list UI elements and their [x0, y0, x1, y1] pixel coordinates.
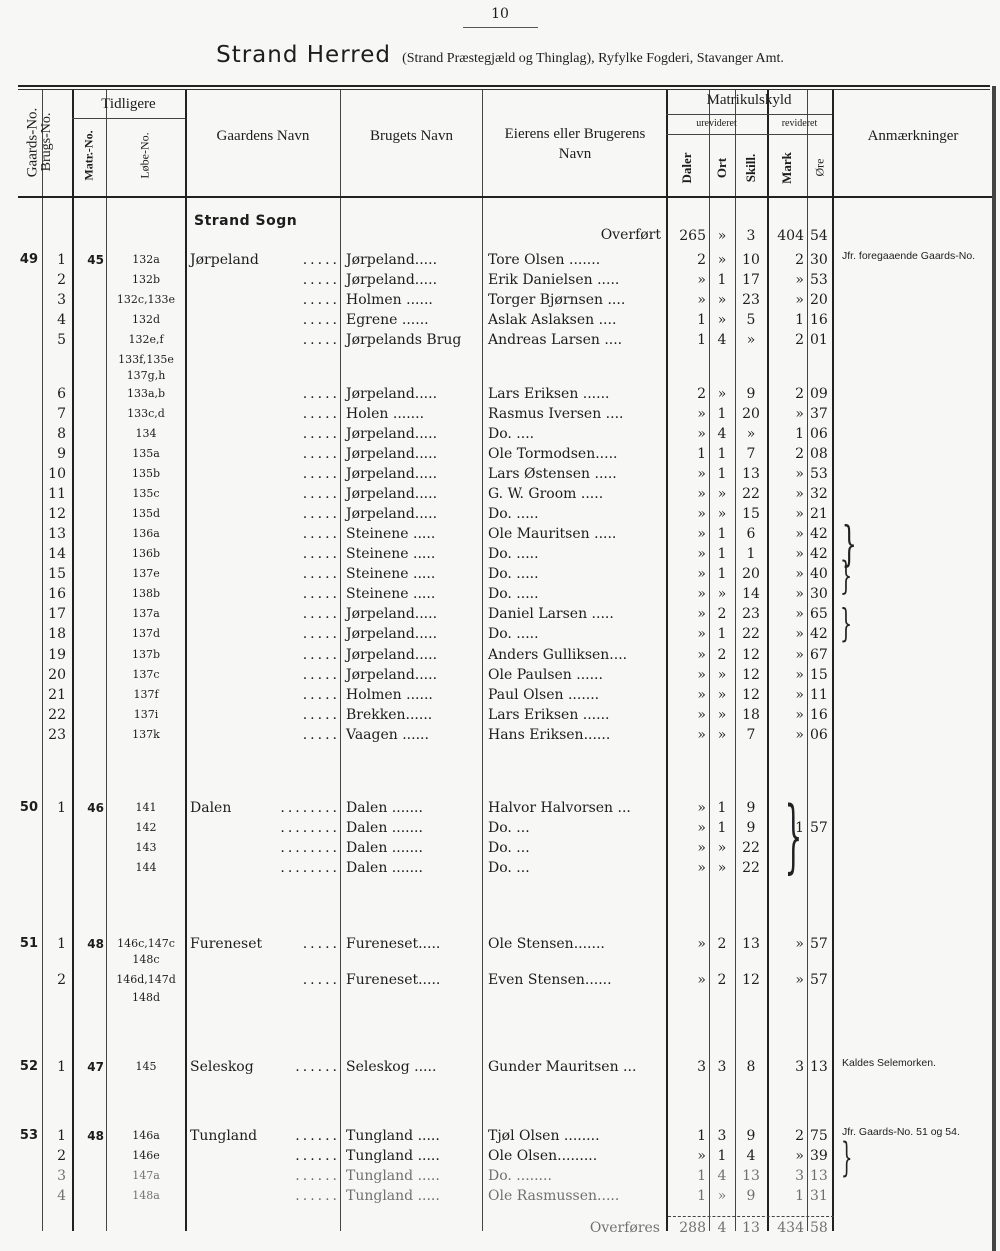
cell-skill: 6 [737, 524, 765, 544]
cell-skill: 18 [737, 705, 765, 725]
leader-dots: ..... [270, 504, 340, 524]
cell-eier: Anders Gulliksen.... [488, 645, 663, 665]
cell-brug: 4 [44, 1186, 66, 1206]
top-rule [18, 85, 990, 87]
cell-brug: 23 [44, 725, 66, 745]
cell-bnavn: Brekken...... [346, 705, 481, 725]
table-row: 9135aJørpeland.....Ole Tormodsen.....117… [0, 444, 1000, 464]
cell-bnavn: Steinene ..... [346, 564, 481, 584]
cell-skill: » [737, 330, 765, 350]
cell-skill: 1 [737, 544, 765, 564]
cell-ort: » [712, 858, 732, 878]
cell-eier: Do. ..... [488, 504, 663, 524]
leader-dots: ..... [270, 725, 340, 745]
cell-lobe: 134 [108, 424, 184, 444]
cell-brug: 4 [44, 310, 66, 330]
table-row: 6133a,bJørpeland.....Lars Eriksen ......… [0, 384, 1000, 404]
cell-mark: » [770, 604, 804, 624]
cell-ore: 53 [810, 270, 832, 290]
header-eierens-navn: Eierens eller Brugerens Navn [490, 124, 660, 164]
cell-daler: » [668, 270, 706, 290]
cell-skill: 14 [737, 584, 765, 604]
cell-ore: 16 [810, 705, 832, 725]
cell-ore: 42 [810, 544, 832, 564]
cell-bnavn: Tungland ..... [346, 1126, 481, 1146]
brace-icon: } [840, 604, 852, 642]
cell-mark: » [770, 404, 804, 424]
leader-dots: ..... [270, 685, 340, 705]
cell-bnavn: Holmen ...... [346, 290, 481, 310]
cell-ort: 1 [712, 564, 732, 584]
cell-bnavn: Holmen ...... [346, 685, 481, 705]
cell-mark: 2 [770, 1126, 804, 1146]
cell-eier: Ole Mauritsen ..... [488, 524, 663, 544]
cell-eier: Hans Eriksen...... [488, 725, 663, 745]
cell-mark: » [770, 725, 804, 745]
cell-ort: » [712, 685, 732, 705]
cell-eier: Do. ..... [488, 624, 663, 644]
cell-anm: Jfr. Gaards-No. 51 og 54. [842, 1126, 992, 1138]
cell-ort: 1 [712, 464, 732, 484]
leader-dots: ..... [270, 444, 340, 464]
cell-ort: » [712, 504, 732, 524]
cell-bnavn: Dalen ....... [346, 838, 481, 858]
table-row: 8134Jørpeland..... Do. ....»4»106..... [0, 424, 1000, 444]
carried-out-mark: 434 [770, 1218, 804, 1238]
cell-skill: 9 [737, 818, 765, 838]
cell-ore: 09 [810, 384, 832, 404]
cell-skill: 4 [737, 1146, 765, 1166]
carried-in-row: 265 » 3 404 54 [0, 226, 1000, 246]
cell-daler: » [668, 685, 706, 705]
cell-daler: » [668, 524, 706, 544]
table-row: 23137kVaagen ......Hans Eriksen......»»7… [0, 725, 1000, 745]
cell-brug: 13 [44, 524, 66, 544]
leader-dots: ..... [270, 384, 340, 404]
cell-gaard: 49 [14, 250, 38, 270]
cell-ore: 13 [810, 1057, 832, 1077]
cell-lobe: 135b [108, 464, 184, 484]
page-title: Strand Herred (Strand Præstegjæld og Thi… [0, 42, 1000, 68]
table-row: 2146d,147dFureneset.....Even Stensen....… [0, 970, 1000, 990]
cell-anm: Jfr. foregaaende Gaards-No. [842, 250, 992, 262]
cell-mark: 2 [770, 250, 804, 270]
cell-lobe: 148a [108, 1186, 184, 1206]
cell-daler: » [668, 705, 706, 725]
cell-eier: Ole Tormodsen..... [488, 444, 663, 464]
leader-dots: ...... [270, 1146, 340, 1166]
cell-lobe: 142 [108, 818, 184, 838]
cell-ort: 4 [712, 424, 732, 444]
cell-bnavn: Tungland ..... [346, 1146, 481, 1166]
cell-lobe: 137b [108, 645, 184, 665]
carried-in-ore: 54 [810, 226, 832, 246]
cell-mark: » [770, 564, 804, 584]
header-ore: Øre [813, 138, 828, 198]
cell-skill: 20 [737, 564, 765, 584]
table-row: 50146141DalenDalen .......Halvor Halvors… [0, 798, 1000, 818]
cell-ort: 1 [712, 404, 732, 424]
cell-matr: 47 [76, 1057, 104, 1077]
cell-lobe: 137c [108, 665, 184, 685]
cell-ort: » [712, 310, 732, 330]
cell-mark: » [770, 645, 804, 665]
table-row: 19137bJørpeland.....Anders Gulliksen....… [0, 645, 1000, 665]
cell-bnavn: Steinene ..... [346, 544, 481, 564]
table-row: 7133c,dHolen .......Rasmus Iversen ....»… [0, 404, 1000, 424]
cell-bnavn: Holen ....... [346, 404, 481, 424]
cell-lobe: 132e,f [108, 330, 184, 350]
cell-daler: 1 [668, 1186, 706, 1206]
cell-ore: 08 [810, 444, 832, 464]
cell-mark: » [770, 464, 804, 484]
cell-ort: » [712, 584, 732, 604]
carried-in-daler: 265 [668, 226, 706, 246]
brace-icon: } [840, 560, 852, 598]
cell-skill: 22 [737, 624, 765, 644]
leader-dots: ..... [270, 404, 340, 424]
cell-ore: 30 [810, 584, 832, 604]
leader-dots: ...... [270, 1126, 340, 1146]
cell-ort: » [712, 725, 732, 745]
cell-daler: » [668, 604, 706, 624]
cell-brug: 1 [44, 798, 66, 818]
cell-lobe: 135d [108, 504, 184, 524]
cell-skill: 17 [737, 270, 765, 290]
cell-ore: 21 [810, 504, 832, 524]
cell-ore: 20 [810, 290, 832, 310]
cell-eier: Lars Østensen ..... [488, 464, 663, 484]
table-row: 4132dEgrene ......Aslak Aslaksen ....1»5… [0, 310, 1000, 330]
cell-ort: 3 [712, 1057, 732, 1077]
cell-ort: 2 [712, 604, 732, 624]
table-row: 148d [0, 988, 1000, 1008]
cell-mark: » [770, 290, 804, 310]
cell-eier: Do. ..... [488, 544, 663, 564]
cell-brug: 2 [44, 970, 66, 990]
cell-brug: 7 [44, 404, 66, 424]
cell-ort: 2 [712, 970, 732, 990]
header-brugets-navn: Brugets Navn [341, 128, 482, 145]
cell-ort: » [712, 665, 732, 685]
cell-daler: 1 [668, 444, 706, 464]
cell-lobe: 137k [108, 725, 184, 745]
cell-bnavn: Jørpeland..... [346, 624, 481, 644]
cell-daler: » [668, 484, 706, 504]
cell-eier: Halvor Halvorsen ... [488, 798, 663, 818]
cell-bnavn: Tungland ..... [346, 1166, 481, 1186]
cell-ore: 32 [810, 484, 832, 504]
cell-brug: 1 [44, 250, 66, 270]
cell-ort: 1 [712, 818, 732, 838]
cell-skill: 9 [737, 798, 765, 818]
cell-daler: » [668, 838, 706, 858]
table-row: 52147145SeleskogSeleskog .....Gunder Mau… [0, 1057, 1000, 1077]
cell-ort: 2 [712, 645, 732, 665]
cell-brug: 15 [44, 564, 66, 584]
cell-ore: 06 [810, 725, 832, 745]
cell-ore: 31 [810, 1186, 832, 1206]
header-revideret: revideret [767, 118, 832, 129]
cell-bnavn: Jørpeland..... [346, 484, 481, 504]
tidligere-rule [72, 118, 185, 119]
cell-daler: » [668, 404, 706, 424]
cell-mark: 1 [770, 424, 804, 444]
table-row: 3132c,133eHolmen ......Torger Bjørnsen .… [0, 290, 1000, 310]
cell-bnavn: Tungland ..... [346, 1186, 481, 1206]
sum-rule [668, 1216, 834, 1217]
leader-dots: ........ [270, 838, 340, 858]
leader-dots: ..... [270, 484, 340, 504]
cell-eier: Do. ..... [488, 564, 663, 584]
header-matr-no: Matr.-No. [82, 126, 97, 186]
table-row: 21137fHolmen ......Paul Olsen .......»»1… [0, 685, 1000, 705]
leader-dots: ..... [270, 464, 340, 484]
cell-eier: Lars Eriksen ...... [488, 705, 663, 725]
cell-bnavn: Jørpeland..... [346, 504, 481, 524]
cell-mark: » [770, 970, 804, 990]
cell-ort: 1 [712, 798, 732, 818]
cell-eier: Lars Eriksen ...... [488, 384, 663, 404]
cell-eier: Even Stensen...... [488, 970, 663, 990]
cell-eier: Tore Olsen ....... [488, 250, 663, 270]
cell-ore: 06 [810, 424, 832, 444]
cell-lobe: 143 [108, 838, 184, 858]
cell-skill: 8 [737, 1057, 765, 1077]
cell-skill: 22 [737, 484, 765, 504]
cell-mark: » [770, 524, 804, 544]
cell-mark: 3 [770, 1166, 804, 1186]
cell-ort: » [712, 1186, 732, 1206]
cell-mark: » [770, 705, 804, 725]
cell-lobe: 137i [108, 705, 184, 725]
leader-dots: ..... [270, 604, 340, 624]
cell-skill: 7 [737, 725, 765, 745]
table-row: 143Dalen ....... Do. ...»»22........ [0, 838, 1000, 858]
cell-brug: 18 [44, 624, 66, 644]
cell-bnavn: Steinene ..... [346, 584, 481, 604]
cell-skill: 12 [737, 685, 765, 705]
cell-skill: 22 [737, 858, 765, 878]
cell-bnavn: Jørpeland..... [346, 424, 481, 444]
cell-daler: 1 [668, 1166, 706, 1186]
cell-ore: 37 [810, 404, 832, 424]
cell-daler: » [668, 725, 706, 745]
leader-dots: ........ [270, 798, 340, 818]
cell-ore: 01 [810, 330, 832, 350]
cell-lobe: 148d [108, 988, 184, 1008]
leader-dots: ........ [270, 818, 340, 838]
cell-brug: 1 [44, 1126, 66, 1146]
cell-skill: » [737, 424, 765, 444]
cell-brug: 17 [44, 604, 66, 624]
carried-out-label: Overføres [488, 1218, 660, 1238]
cell-eier: Tjøl Olsen ........ [488, 1126, 663, 1146]
cell-skill: 7 [737, 444, 765, 464]
cell-brug: 2 [44, 1146, 66, 1166]
cell-lobe: 146a [108, 1126, 184, 1146]
cell-skill: 15 [737, 504, 765, 524]
cell-ore: 15 [810, 665, 832, 685]
cell-daler: » [668, 818, 706, 838]
cell-brug: 21 [44, 685, 66, 705]
cell-eier: Rasmus Iversen .... [488, 404, 663, 424]
cell-anm: Kaldes Selemorken. [842, 1057, 992, 1069]
header-urevideret: urevideret [666, 118, 767, 129]
cell-lobe: 148c [108, 950, 184, 970]
cell-eier: Ole Olsen......... [488, 1146, 663, 1166]
header-gaardens-navn: Gaardens Navn [186, 128, 340, 145]
cell-skill: 12 [737, 645, 765, 665]
cell-daler: » [668, 584, 706, 604]
carried-out-ore: 58 [810, 1218, 832, 1238]
cell-mark: » [770, 624, 804, 644]
cell-daler: 1 [668, 310, 706, 330]
header-anmaerkninger: Anmærkninger [833, 128, 993, 145]
leader-dots: ..... [270, 270, 340, 290]
cell-bnavn: Steinene ..... [346, 524, 481, 544]
cell-ort: » [712, 705, 732, 725]
cell-skill: 23 [737, 290, 765, 310]
cell-ort: » [712, 384, 732, 404]
brace-icon: } [841, 1138, 852, 1178]
cell-ort: 1 [712, 524, 732, 544]
cell-bnavn: Dalen ....... [346, 818, 481, 838]
cell-lobe: 132a [108, 250, 184, 270]
cell-bnavn: Vaagen ...... [346, 725, 481, 745]
cell-brug: 14 [44, 544, 66, 564]
cell-lobe: 144 [108, 858, 184, 878]
cell-skill: 9 [737, 1186, 765, 1206]
cell-bnavn: Fureneset..... [346, 970, 481, 990]
cell-daler: » [668, 970, 706, 990]
leader-dots: ..... [270, 584, 340, 604]
cell-lobe: 137g,h [108, 366, 184, 386]
leader-dots: ...... [270, 1186, 340, 1206]
cell-daler: » [668, 798, 706, 818]
cell-ore: 42 [810, 524, 832, 544]
cell-daler: » [668, 624, 706, 644]
cell-lobe: 132d [108, 310, 184, 330]
cell-mark: 2 [770, 384, 804, 404]
cell-ort: » [712, 250, 732, 270]
leader-dots: ........ [270, 858, 340, 878]
cell-bnavn: Jørpeland..... [346, 270, 481, 290]
cell-skill: 10 [737, 250, 765, 270]
cell-ore: 57 [810, 818, 832, 838]
cell-brug: 5 [44, 330, 66, 350]
carried-out-row: Overføres 288 4 13 434 58 [0, 1218, 1000, 1238]
cell-bnavn: Jørpeland..... [346, 250, 481, 270]
cell-ort: 1 [712, 544, 732, 564]
cell-lobe: 146d,147d [108, 970, 184, 990]
cell-skill: 13 [737, 1166, 765, 1186]
cell-daler: » [668, 1146, 706, 1166]
cell-matr: 48 [76, 1126, 104, 1146]
cell-ore: 40 [810, 564, 832, 584]
cell-skill: 12 [737, 970, 765, 990]
cell-bnavn: Dalen ....... [346, 798, 481, 818]
leader-dots: ..... [270, 424, 340, 444]
cell-ore: 65 [810, 604, 832, 624]
cell-ore: 67 [810, 645, 832, 665]
table-row: 5132e,fJørpelands BrugAndreas Larsen ...… [0, 330, 1000, 350]
table-row: 11135cJørpeland.....G. W. Groom .....»»2… [0, 484, 1000, 504]
cell-eier: Erik Danielsen ..... [488, 270, 663, 290]
leader-dots: ..... [270, 645, 340, 665]
cell-lobe: 135a [108, 444, 184, 464]
cell-brug: 11 [44, 484, 66, 504]
cell-daler: 2 [668, 250, 706, 270]
cell-ore: 42 [810, 624, 832, 644]
cell-daler: » [668, 858, 706, 878]
cell-eier: Ole Paulsen ...... [488, 665, 663, 685]
carried-in-mark: 404 [770, 226, 804, 246]
top-rule-thin [18, 89, 990, 90]
cell-eier: Do. .... [488, 424, 663, 444]
cell-lobe: 132c,133e [108, 290, 184, 310]
cell-ort: 1 [712, 270, 732, 290]
matrikulskyld-rule [666, 114, 832, 115]
cell-eier: Do. ... [488, 838, 663, 858]
leader-dots: ..... [270, 544, 340, 564]
cell-bnavn: Jørpeland..... [346, 444, 481, 464]
title-main: Strand Herred [216, 42, 391, 68]
cell-skill: 22 [737, 838, 765, 858]
leader-dots: ..... [270, 665, 340, 685]
cell-ore: 16 [810, 310, 832, 330]
cell-eier: Andreas Larsen .... [488, 330, 663, 350]
cell-ore: 57 [810, 970, 832, 990]
table-row: 49145132aJørpelandJørpeland.....Tore Ols… [0, 250, 1000, 270]
cell-lobe: 147a [108, 1166, 184, 1186]
cell-mark: » [770, 484, 804, 504]
cell-bnavn: Jørpeland..... [346, 464, 481, 484]
header-lobe-no: Løbe-No. [138, 126, 153, 186]
cell-mark: » [770, 685, 804, 705]
cell-daler: » [668, 544, 706, 564]
leader-dots: ...... [270, 1166, 340, 1186]
carried-out-daler: 288 [668, 1218, 706, 1238]
table-row: 4148aTungland .....Ole Rasmussen.....1»9… [0, 1186, 1000, 1206]
page-number: 10 [0, 6, 1000, 22]
cell-eier: Gunder Mauritsen ... [488, 1057, 663, 1077]
carried-out-skill: 13 [737, 1218, 765, 1238]
cell-daler: 1 [668, 330, 706, 350]
cell-matr: 45 [76, 250, 104, 270]
cell-lobe: 133c,d [108, 404, 184, 424]
cell-brug: 9 [44, 444, 66, 464]
cell-lobe: 141 [108, 798, 184, 818]
table-row: 137g,h [0, 366, 1000, 386]
cell-daler: 2 [668, 384, 706, 404]
cell-ore: 39 [810, 1146, 832, 1166]
cell-gaard: 52 [14, 1057, 38, 1077]
cell-lobe: 138b [108, 584, 184, 604]
cell-ort: 1 [712, 1146, 732, 1166]
cell-mark: » [770, 544, 804, 564]
cell-eier: Aslak Aslaksen .... [488, 310, 663, 330]
cell-lobe: 135c [108, 484, 184, 504]
cell-brug: 3 [44, 290, 66, 310]
cell-daler: » [668, 564, 706, 584]
cell-brug: 22 [44, 705, 66, 725]
cell-eier: Daniel Larsen ..... [488, 604, 663, 624]
cell-brug: 19 [44, 645, 66, 665]
cell-skill: 5 [737, 310, 765, 330]
leader-dots: ..... [270, 250, 340, 270]
cell-daler: » [668, 645, 706, 665]
